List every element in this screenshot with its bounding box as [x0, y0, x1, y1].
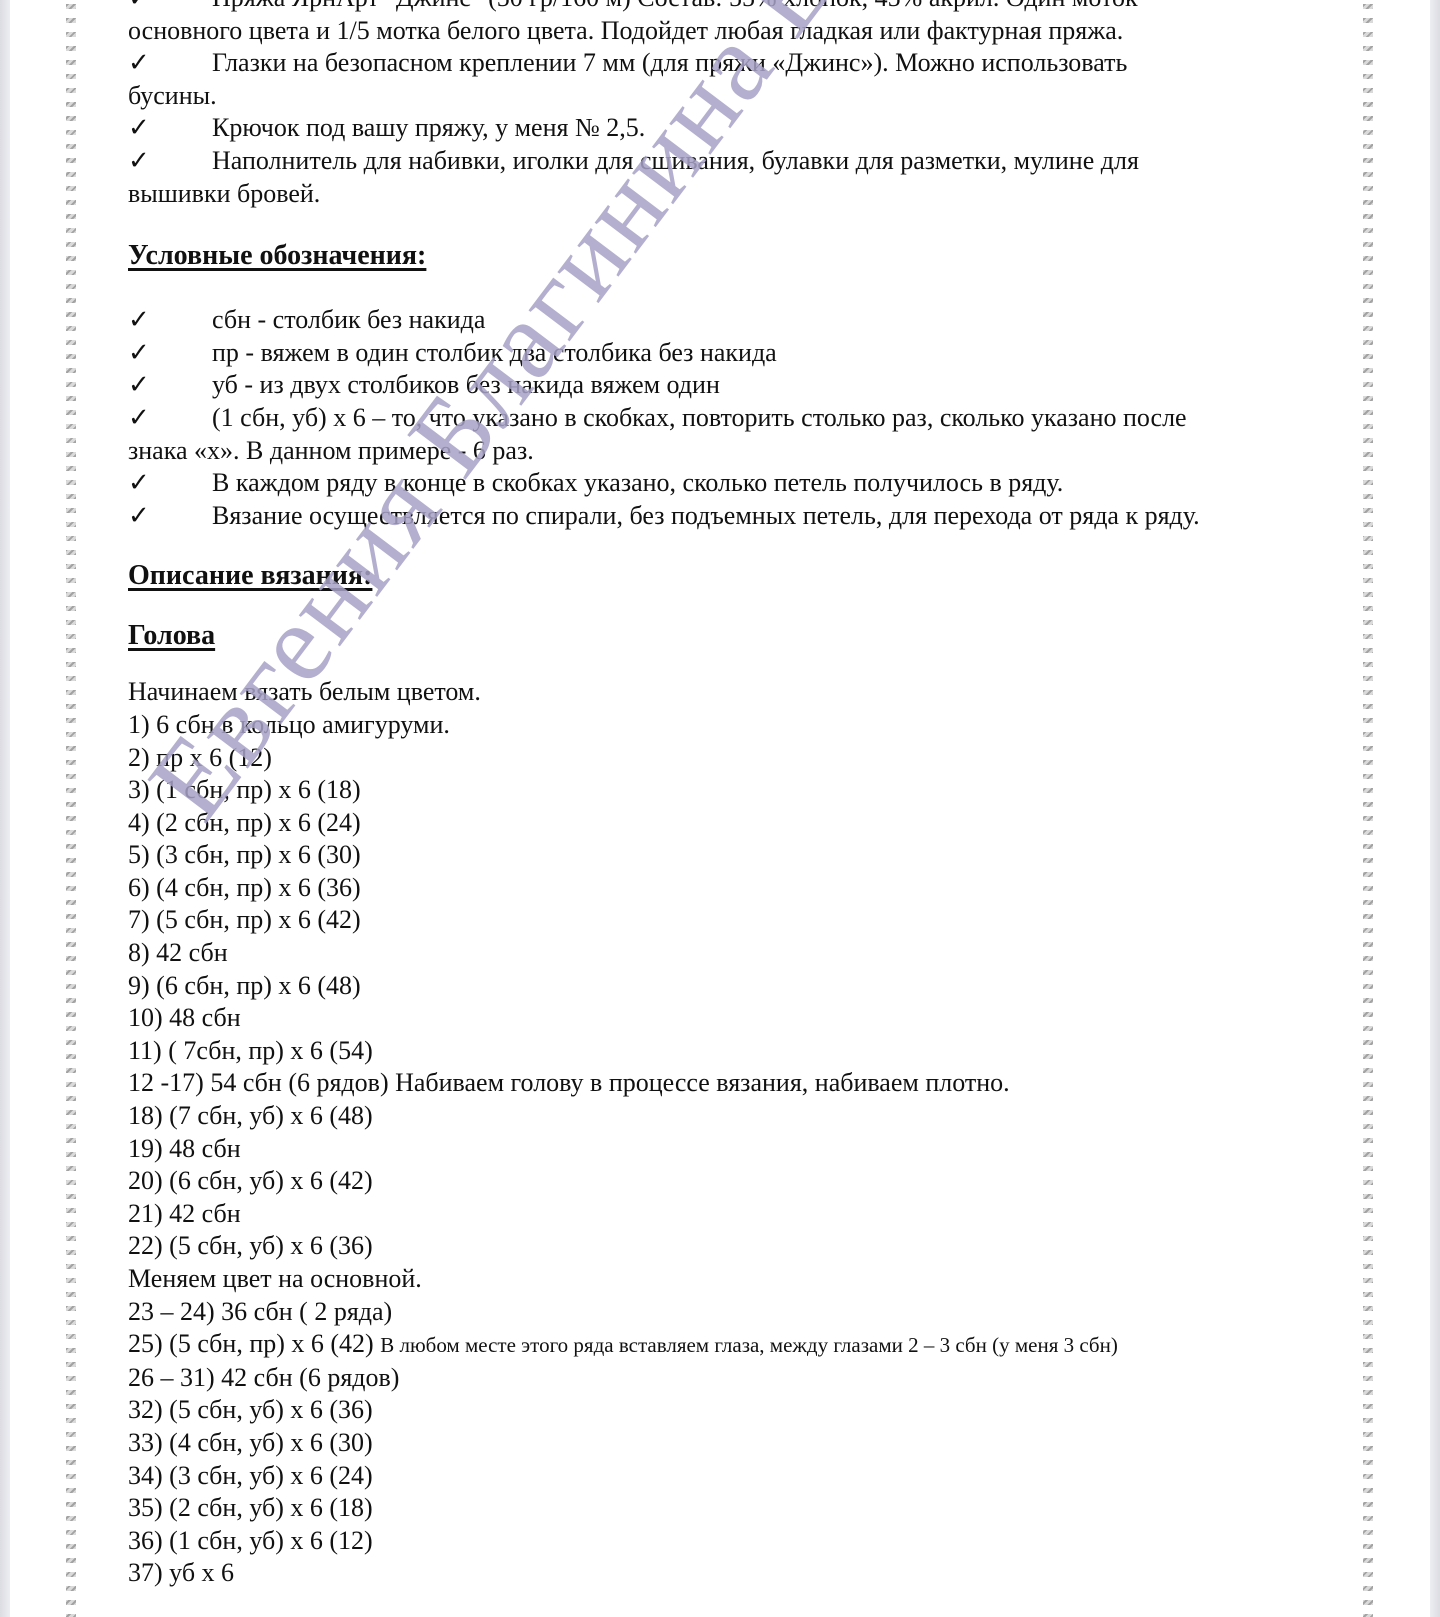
pattern-row: 35) (2 сбн, уб) х 6 (18): [128, 1492, 1348, 1525]
pattern-row: 22) (5 сбн, уб) х 6 (36): [128, 1230, 1348, 1263]
pattern-row: Меняем цвет на основной.: [128, 1263, 1348, 1296]
item-text: Вязание осуществляется по спирали, без п…: [212, 501, 1200, 530]
item-text: Наполнитель для набивки, иголки для сшив…: [212, 146, 1139, 175]
row-instruction: 20) (6 сбн, уб) х 6 (42): [128, 1166, 373, 1195]
pattern-row: 9) (6 сбн, пр) х 6 (48): [128, 970, 1348, 1003]
pattern-row: 23 – 24) 36 сбн ( 2 ряда): [128, 1296, 1348, 1329]
row-instruction: 18) (7 сбн, уб) х 6 (48): [128, 1101, 373, 1130]
pattern-row: 4) (2 сбн, пр) х 6 (24): [128, 807, 1348, 840]
materials-list: ✓Пряжа ЯрнАрт "Джинс" (50 гр/160 м) Сост…: [128, 0, 1348, 210]
pattern-row: 11) ( 7сбн, пр) х 6 (54): [128, 1035, 1348, 1068]
item-text-continuation: основного цвета и 1/5 мотка белого цвета…: [128, 15, 1348, 48]
row-instruction: 23 – 24) 36 сбн ( 2 ряда): [128, 1297, 392, 1326]
item-text: (1 сбн, уб) х 6 – то, что указано в скоб…: [212, 403, 1187, 432]
legend-item: ✓сбн - столбик без накида: [128, 304, 1348, 337]
row-instruction: 6) (4 сбн, пр) х 6 (36): [128, 873, 361, 902]
row-instruction: 7) (5 сбн, пр) х 6 (42): [128, 905, 361, 934]
row-instruction: 21) 42 сбн: [128, 1199, 241, 1228]
row-instruction: Начинаем вязать белым цветом.: [128, 677, 481, 706]
row-instruction: 11) ( 7сбн, пр) х 6 (54): [128, 1036, 373, 1065]
row-instruction: 12 -17) 54 сбн (6 рядов) Набиваем голову…: [128, 1068, 1010, 1097]
pattern-row: 34) (3 сбн, уб) х 6 (24): [128, 1460, 1348, 1493]
head-section-title: Голова: [128, 618, 1348, 654]
row-instruction: 36) (1 сбн, уб) х 6 (12): [128, 1526, 373, 1555]
row-instruction: 22) (5 сбн, уб) х 6 (36): [128, 1231, 373, 1260]
row-instruction: 19) 48 сбн: [128, 1134, 241, 1163]
pattern-row: 6) (4 сбн, пр) х 6 (36): [128, 872, 1348, 905]
item-text: пр - вяжем в один столбик два столбика б…: [212, 338, 777, 367]
right-frame-edge: [1430, 0, 1440, 1617]
page-border-left: [66, 0, 76, 1617]
legend-item: ✓пр - вяжем в один столбик два столбика …: [128, 337, 1348, 370]
row-instruction: 10) 48 сбн: [128, 1003, 241, 1032]
pattern-row: 25) (5 сбн, пр) х 6 (42) В любом месте э…: [128, 1328, 1348, 1362]
material-item: ✓Глазки на безопасном креплении 7 мм (дл…: [128, 47, 1348, 112]
pattern-row: 36) (1 сбн, уб) х 6 (12): [128, 1525, 1348, 1558]
checkmark-icon: ✓: [128, 112, 212, 145]
checkmark-icon: ✓: [128, 402, 212, 435]
pattern-row: 1) 6 сбн в кольцо амигуруми.: [128, 709, 1348, 742]
row-instruction: 1) 6 сбн в кольцо амигуруми.: [128, 710, 450, 739]
pattern-row: 32) (5 сбн, уб) х 6 (36): [128, 1394, 1348, 1427]
legend-list: ✓сбн - столбик без накида✓пр - вяжем в о…: [128, 304, 1348, 532]
page-border-right: [1363, 0, 1373, 1617]
pattern-row: 5) (3 сбн, пр) х 6 (30): [128, 839, 1348, 872]
legend-item: ✓Вязание осуществляется по спирали, без …: [128, 500, 1348, 533]
pattern-row: 12 -17) 54 сбн (6 рядов) Набиваем голову…: [128, 1067, 1348, 1100]
item-text: Крючок под вашу пряжу, у меня № 2,5.: [212, 113, 645, 142]
item-text-continuation: бусины.: [128, 80, 1348, 113]
description-title: Описание вязания:: [128, 558, 1348, 594]
pattern-row: 20) (6 сбн, уб) х 6 (42): [128, 1165, 1348, 1198]
row-instruction: 5) (3 сбн, пр) х 6 (30): [128, 840, 361, 869]
row-instruction: 4) (2 сбн, пр) х 6 (24): [128, 808, 361, 837]
checkmark-icon: ✓: [128, 47, 212, 80]
row-instruction: 32) (5 сбн, уб) х 6 (36): [128, 1395, 373, 1424]
checkmark-icon: ✓: [128, 304, 212, 337]
row-instruction: 8) 42 сбн: [128, 938, 228, 967]
checkmark-icon: ✓: [128, 369, 212, 402]
pattern-row: Начинаем вязать белым цветом.: [128, 676, 1348, 709]
pattern-row: 33) (4 сбн, уб) х 6 (30): [128, 1427, 1348, 1460]
left-frame-edge: [0, 0, 10, 1617]
row-instruction: 2) пр х 6 (12): [128, 743, 272, 772]
pattern-row: 3) (1 сбн, пр) х 6 (18): [128, 774, 1348, 807]
row-instruction: 3) (1 сбн, пр) х 6 (18): [128, 775, 361, 804]
pattern-row: 2) пр х 6 (12): [128, 742, 1348, 775]
item-text: уб - из двух столбиков без накида вяжем …: [212, 370, 720, 399]
checkmark-icon: ✓: [128, 0, 212, 15]
row-instruction: 26 – 31) 42 сбн (6 рядов): [128, 1363, 399, 1392]
item-text: В каждом ряду в конце в скобках указано,…: [212, 468, 1063, 497]
row-instruction: 37) уб х 6: [128, 1558, 234, 1587]
pattern-row: 37) уб х 6: [128, 1557, 1348, 1590]
row-instruction: 33) (4 сбн, уб) х 6 (30): [128, 1428, 373, 1457]
legend-item: ✓уб - из двух столбиков без накида вяжем…: [128, 369, 1348, 402]
head-rows: Начинаем вязать белым цветом.1) 6 сбн в …: [128, 676, 1348, 1590]
pattern-row: 10) 48 сбн: [128, 1002, 1348, 1035]
checkmark-icon: ✓: [128, 467, 212, 500]
pattern-row: 8) 42 сбн: [128, 937, 1348, 970]
item-text-continuation: знака «х». В данном примере - 6 раз.: [128, 435, 1348, 468]
pattern-row: 19) 48 сбн: [128, 1133, 1348, 1166]
item-text: Пряжа ЯрнАрт "Джинс" (50 гр/160 м) Соста…: [212, 0, 1138, 12]
row-instruction: 25) (5 сбн, пр) х 6 (42): [128, 1329, 380, 1358]
pattern-row: 21) 42 сбн: [128, 1198, 1348, 1231]
pattern-row: 18) (7 сбн, уб) х 6 (48): [128, 1100, 1348, 1133]
material-item: ✓Крючок под вашу пряжу, у меня № 2,5.: [128, 112, 1348, 145]
legend-title: Условные обозначения:: [128, 238, 1348, 274]
item-text: сбн - столбик без накида: [212, 305, 485, 334]
pattern-row: 26 – 31) 42 сбн (6 рядов): [128, 1362, 1348, 1395]
checkmark-icon: ✓: [128, 500, 212, 533]
material-item: ✓Наполнитель для набивки, иголки для сши…: [128, 145, 1348, 210]
legend-item: ✓В каждом ряду в конце в скобках указано…: [128, 467, 1348, 500]
row-instruction: 34) (3 сбн, уб) х 6 (24): [128, 1461, 373, 1490]
material-item: ✓Пряжа ЯрнАрт "Джинс" (50 гр/160 м) Сост…: [128, 0, 1348, 47]
item-text-continuation: вышивки бровей.: [128, 178, 1348, 211]
row-instruction: Меняем цвет на основной.: [128, 1264, 422, 1293]
document-page: ✓Пряжа ЯрнАрт "Джинс" (50 гр/160 м) Сост…: [128, 0, 1348, 1590]
pattern-row: 7) (5 сбн, пр) х 6 (42): [128, 904, 1348, 937]
checkmark-icon: ✓: [128, 145, 212, 178]
row-instruction: 9) (6 сбн, пр) х 6 (48): [128, 971, 361, 1000]
legend-item: ✓(1 сбн, уб) х 6 – то, что указано в ско…: [128, 402, 1348, 467]
row-instruction: 35) (2 сбн, уб) х 6 (18): [128, 1493, 373, 1522]
checkmark-icon: ✓: [128, 337, 212, 370]
item-text: Глазки на безопасном креплении 7 мм (для…: [212, 48, 1127, 77]
row-note: В любом месте этого ряда вставляем глаза…: [380, 1333, 1118, 1357]
